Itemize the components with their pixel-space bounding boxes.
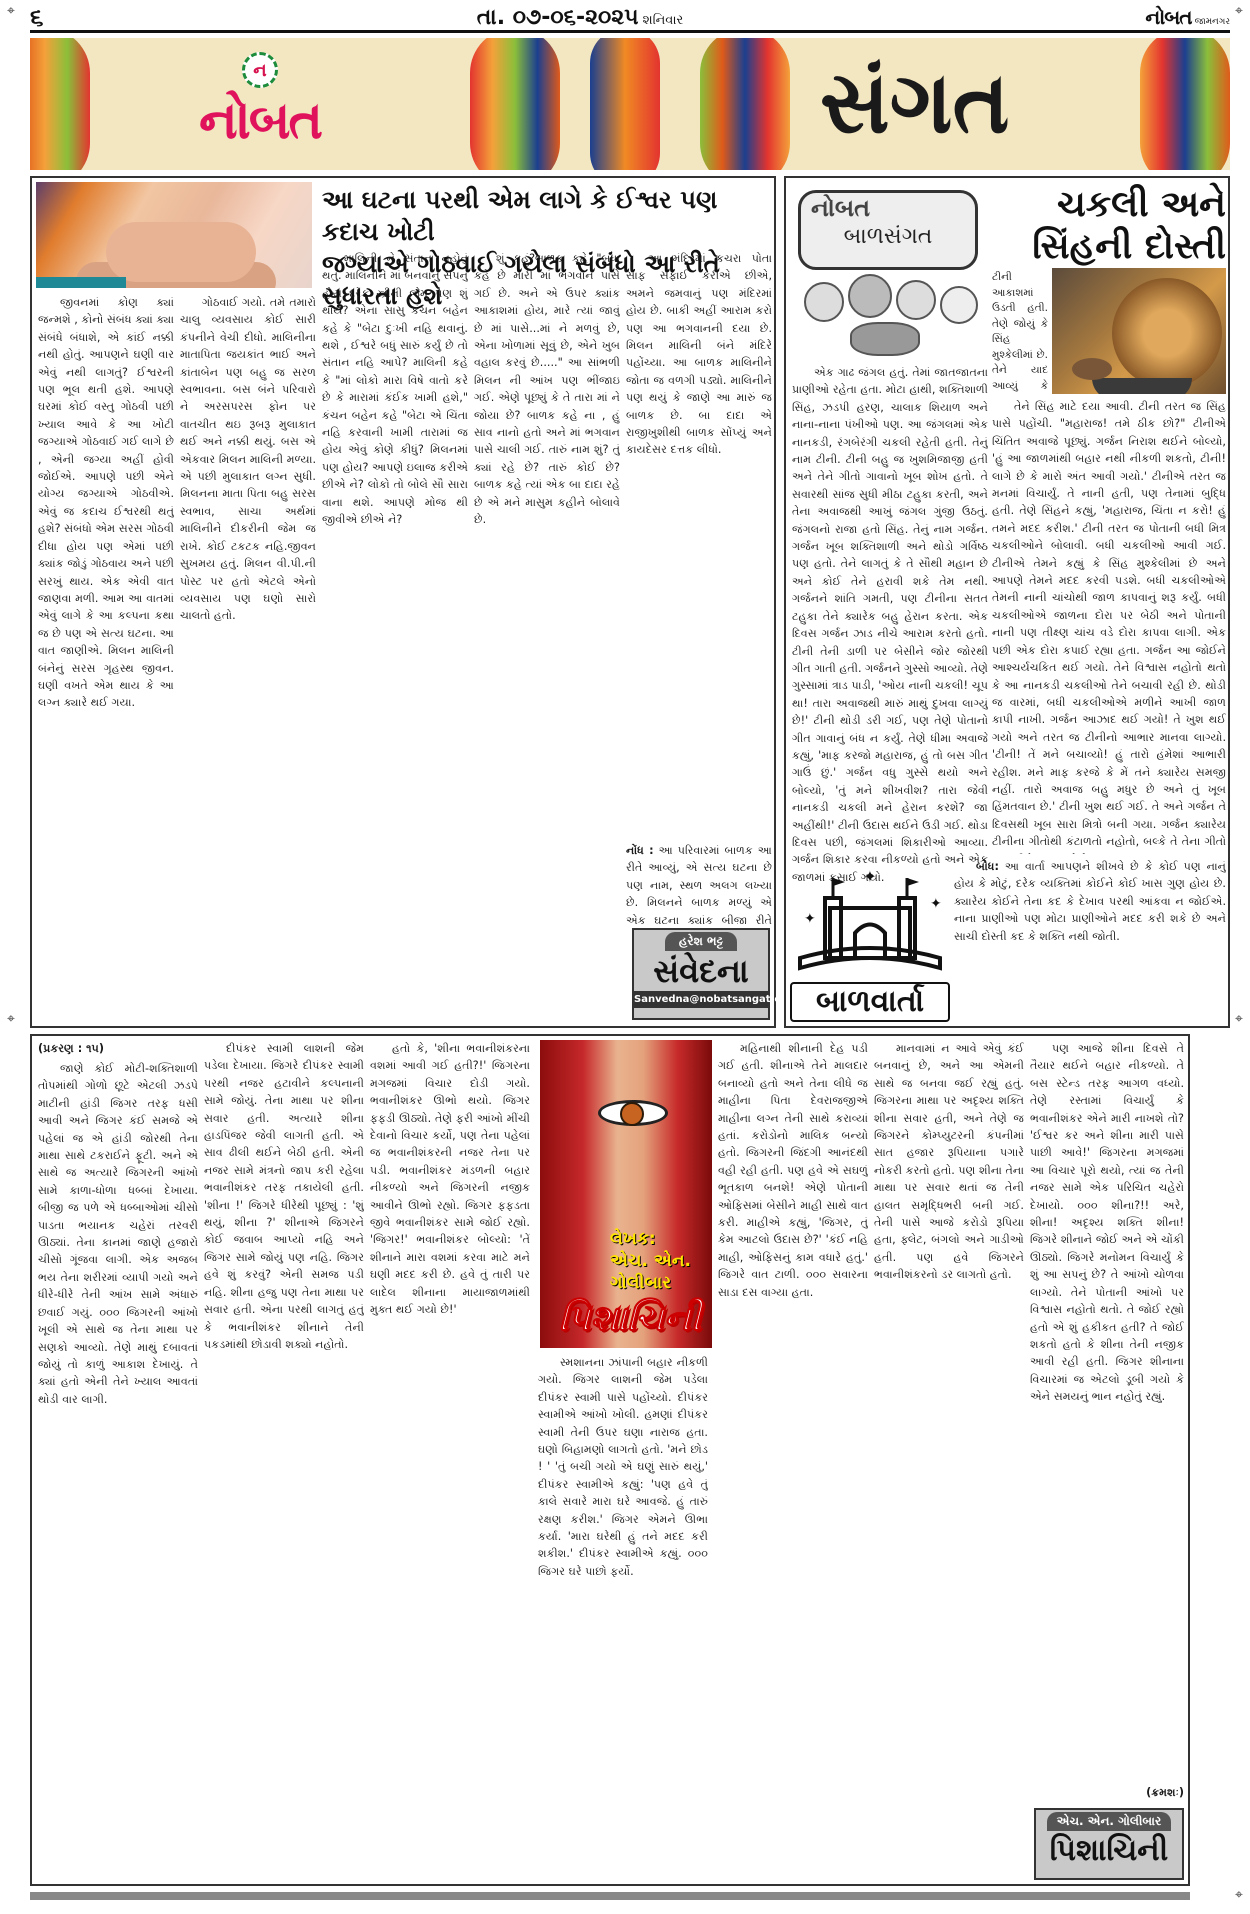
balvarta-text: બાળવાર્તા (790, 982, 950, 1022)
child-face-icon (940, 286, 978, 324)
page-number: ૬ (30, 3, 90, 31)
story-balsangat: નોબત બાળસંગત ચકલી અને સિંહની દોસ્તી ટીની… (784, 176, 1230, 1028)
paragraph: જાણે કોઈ મોટી-શક્તિશાળી તોપમાંથી ગોળો છૂ… (38, 1060, 198, 1408)
kids-illustration: નોબત બાળસંગત (790, 182, 986, 360)
continued-label: (ક્રમશઃ) (1030, 1784, 1184, 1802)
moral-paragraph: બોધ: આ વાર્તા આપણને શીખવે છે કે કોઈ પણ ન… (954, 858, 1226, 1024)
story-headline: ચકલી અને સિંહની દોસ્તી (992, 184, 1226, 268)
headline-line-1: આ ઘટના પરથી એમ લાગે કે ઈશ્વર પણ કદાચ ખોટ… (322, 184, 772, 248)
article-column-2: ગોઠવાઈ ગયો. તમે તમારો ચાલુ વ્યવસાય કોઈ સ… (180, 294, 316, 1020)
novel-column-5: મહિનાથી શીનાની દેહ પડી ગઈ હતી. શીનાએ તેન… (718, 1040, 868, 1880)
castle-book-icon: ✦ ✦ ✦ (790, 868, 950, 978)
section-title: સંગત (820, 48, 1009, 158)
child-lying-icon (850, 322, 920, 356)
column-name: સંવેદના (634, 951, 768, 991)
child-face-icon (896, 280, 936, 320)
registration-mark-icon: ⌖ (4, 4, 18, 18)
paragraph: એક ગાઢ જંગલ હતું. તેમાં જાતજાતના પ્રાણીઓ… (792, 364, 988, 886)
cover-author-label: લેખક: (610, 1228, 691, 1250)
weekday: શનિવાર (643, 13, 684, 28)
dateline: તા. ૦૭-૦૬-૨૦૨૫શનિવાર (90, 5, 1070, 30)
paragraph: મહિનાથી શીનાની દેહ પડી ગઈ હતી. શીનાએ તેન… (718, 1040, 868, 1301)
lion-sparrow-photo (1052, 268, 1226, 394)
novel-column-4: સ્મશાનના ઝાંપાની બહાર નીકળી ગયો. જિગર લા… (538, 1354, 708, 1880)
svg-text:✦: ✦ (804, 911, 816, 927)
novel-column-2: દીપંકર સ્વામી લાશની જેમ પડેલા દેખાયા. જિ… (204, 1040, 364, 1880)
paragraph: આ મંદિરમાં કચરા પોતા સાફ સફાઈ કરીએ છીએ, … (626, 250, 772, 459)
paragraph: સ્મશાનના ઝાંપાની બહાર નીકળી ગયો. જિગર લા… (538, 1354, 708, 1580)
paragraph: તેને સિંહ માટે દયા આવી. ટીની તરત જ સિંહ … (992, 398, 1226, 854)
story-body-left: એક ગાઢ જંગલ હતું. તેમાં જાતજાતના પ્રાણીઓ… (792, 364, 988, 904)
intro-narrow: ટીની આકાશમાં ઉડતી હતી. તેણે જોયું કે સિં… (992, 270, 1048, 394)
columnist-email[interactable]: Sanvedna@nobatsangat.com (634, 991, 768, 1008)
paragraph: જીવનમાં કોણ ક્યાં જન્મશે , કોનો સંબંધ ક્… (38, 294, 174, 712)
paragraph: માનવામાં ન આવે એવું કંઈ બનવાનું છે, અને … (874, 1040, 1024, 1284)
paragraph: દીપંકર સ્વામી લાશની જેમ પડેલા દેખાયા. જિ… (204, 1040, 364, 1353)
child-face-icon (848, 274, 892, 318)
novel-column-6: માનવામાં ન આવે એવું કંઈ બનવાનું છે, અને … (874, 1040, 1024, 1880)
header-rule (30, 30, 1230, 33)
registration-mark-icon: ⌖ (4, 1012, 18, 1026)
paragraph: હતો કે, 'શીના ભવાનીશંકરના વશમાં આવી ગઈ હ… (370, 1040, 530, 1319)
paragraph: ટીની આકાશમાં ઉડતી હતી. તેણે જોયું કે સિં… (992, 271, 1048, 394)
paragraph: શું કહું?બાળક કહે "બધા કહે છે મારી માં ભ… (474, 250, 620, 529)
masthead-city: જામનગર (1195, 17, 1230, 27)
novel-cover-image: લેખક: એચ. એન. ગોલીબાર પિશાચિની (540, 1040, 712, 1348)
cover-author-name-2: ગોલીબાર (610, 1272, 691, 1294)
story-sanvedna: આ ઘટના પરથી એમ લાગે કે ઈશ્વર પણ કદાચ ખોટ… (30, 176, 776, 1028)
cover-title: પિશાચિની (548, 1298, 712, 1340)
headline-line-2: સિંહની દોસ્તી (992, 226, 1226, 268)
date: તા. ૦૭-૦૬-૨૦૨૫ (477, 5, 639, 30)
paragraph: ગોઠવાઈ ગયો. તમે તમારો ચાલુ વ્યવસાય કોઈ સ… (180, 294, 316, 625)
emblem-icon: ન (242, 52, 278, 88)
footer-bar (30, 1892, 1190, 1900)
article-column-4: શું કહું?બાળક કહે "બધા કહે છે મારી માં ભ… (474, 250, 620, 1020)
story-pishachini: (પ્રકરણ : ૧૫) જાણે કોઈ મોટી-શક્તિશાળી તો… (30, 1034, 1190, 1886)
svg-text:✦: ✦ (863, 868, 876, 886)
registration-mark-icon: ⌖ (1232, 1012, 1246, 1026)
novel-title: પિશાચિની (1036, 1831, 1182, 1871)
child-face-icon (804, 282, 844, 322)
editor-note: નોંધ : આ પરિવારમાં બાળક આ રીતે આવ્યું, એ… (626, 842, 772, 924)
balsangat-badge: નોબત બાળસંગત (798, 190, 978, 270)
svg-text:✦: ✦ (930, 896, 942, 912)
page-header: ૬ તા. ૦૭-૦૬-૨૦૨૫શનિવાર નોબત જામનગર (30, 4, 1230, 30)
novel-column-7: પણ આજે શીના દિવસે તે તૈયાર થઈને બહાર નીક… (1030, 1040, 1184, 1780)
novel-signature: એચ. એન. ગોલીબાર પિશાચિની (1034, 1808, 1184, 1880)
hands-photo (36, 182, 312, 288)
balvarta-logo: ✦ ✦ ✦ બાળવાર્તા (790, 868, 950, 1018)
chapter-label: (પ્રકરણ : ૧૫) (38, 1040, 198, 1060)
moral-label: બોધ: (976, 860, 999, 873)
columnist-name: હરેશ ભટ્ટ (665, 932, 737, 951)
cover-author: લેખક: એચ. એન. ગોલીબાર (610, 1228, 691, 1294)
masthead-small: નોબત જામનગર (1070, 5, 1230, 29)
paragraph: માલિની ને સંતાન નહોતું થતું. માલિનીને મા… (322, 250, 468, 529)
nobat-logo: ન નોબત (160, 52, 360, 162)
section-banner: ન નોબત સંગત (30, 38, 1230, 170)
columnist-signature: હરેશ ભટ્ટ સંવેદના Sanvedna@nobatsangat.c… (632, 928, 770, 1020)
novel-author: એચ. એન. ગોલીબાર (1047, 1812, 1171, 1831)
note-label: નોંધ : (626, 844, 654, 857)
registration-mark-icon: ⌖ (1232, 4, 1246, 18)
masthead-logo: નોબત (1145, 5, 1191, 29)
article-column-3: માલિની ને સંતાન નહોતું થતું. માલિનીને મા… (322, 250, 468, 1020)
story-body-right: તેને સિંહ માટે દયા આવી. ટીની તરત જ સિંહ … (992, 398, 1226, 854)
badge-title: બાળસંગત (801, 223, 975, 251)
headline-line-1: ચકલી અને (992, 184, 1226, 226)
cover-author-name-1: એચ. એન. (610, 1250, 691, 1272)
registration-mark-icon: ⌖ (1232, 1888, 1246, 1902)
badge-logo: નોબત (801, 193, 975, 223)
novel-column-3: હતો કે, 'શીના ભવાનીશંકરના વશમાં આવી ગઈ હ… (370, 1040, 530, 1880)
logo-text: નોબત (160, 94, 360, 148)
article-column-1: જીવનમાં કોણ ક્યાં જન્મશે , કોનો સંબંધ ક્… (38, 294, 174, 1020)
paragraph: પણ આજે શીના દિવસે તે તૈયાર થઈને બહાર નીક… (1030, 1040, 1184, 1406)
novel-column-1: જાણે કોઈ મોટી-શક્તિશાળી તોપમાંથી ગોળો છૂ… (38, 1060, 198, 1880)
article-column-5: આ મંદિરમાં કચરા પોતા સાફ સફાઈ કરીએ છીએ, … (626, 250, 772, 838)
